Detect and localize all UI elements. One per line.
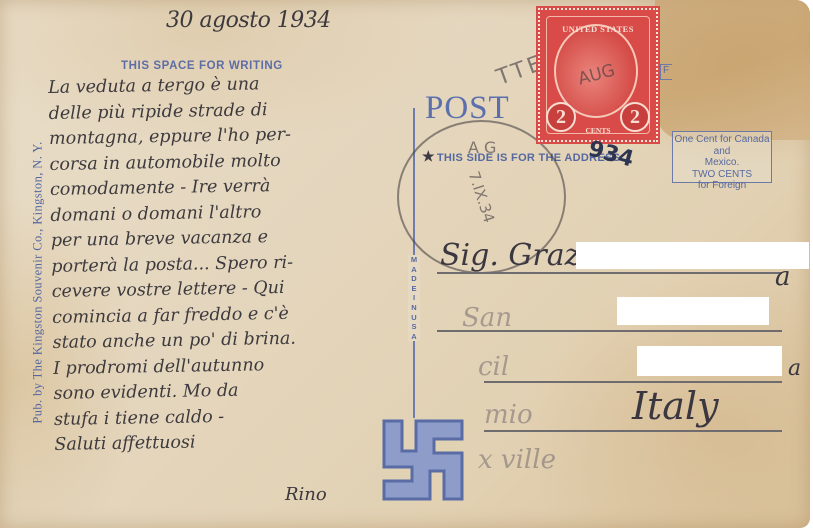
message-line: comodamente - Ire verrà xyxy=(50,174,294,204)
postage-rate-box: One Cent for Canada andMexico.TWO CENTSf… xyxy=(672,131,772,183)
made-in-usa-letter: M xyxy=(408,255,420,265)
message-line: cevere vostre lettere - Qui xyxy=(52,276,296,306)
made-in-usa-letter: I xyxy=(408,293,420,303)
pencil-note-3: mio xyxy=(484,400,533,430)
address-country: Italy xyxy=(632,384,719,428)
address-line3-tail: a xyxy=(788,356,801,381)
made-in-usa-label: MADEINUSA xyxy=(408,255,420,341)
made-in-usa-letter: D xyxy=(408,274,420,284)
pencil-note-4: x ville xyxy=(478,445,556,475)
writing-space-header: THIS SPACE FOR WRITING xyxy=(121,60,283,72)
redaction-bar-3 xyxy=(637,346,782,376)
address-line-3 xyxy=(484,381,782,383)
message-line: per una breve vacanza e xyxy=(51,225,295,255)
made-in-usa-letter: S xyxy=(408,322,420,332)
rate-box-corner: F xyxy=(660,64,672,80)
handwritten-message: La veduta a tergo è unadelle più ripide … xyxy=(48,72,298,459)
message-line: La veduta a tergo è una xyxy=(48,72,292,102)
signature: Rino xyxy=(285,484,327,505)
made-in-usa-letter: A xyxy=(408,332,420,342)
redaction-bar-1 xyxy=(576,242,809,269)
rate-box-line: for Foreign xyxy=(673,180,771,192)
pencil-note-2: cil xyxy=(478,352,509,382)
redaction-bar-2 xyxy=(617,297,769,325)
message-line: Saluti affettuosi xyxy=(54,429,298,459)
swastika-symbol-icon xyxy=(382,419,464,501)
handwritten-date: 30 agosto 1934 xyxy=(166,8,331,33)
publisher-imprint: Pub. by The Kingston Souvenir Co., Kings… xyxy=(31,93,46,473)
rate-box-line: One Cent for Canada and xyxy=(673,134,771,157)
pencil-note-1: San xyxy=(462,303,512,333)
made-in-usa-letter: A xyxy=(408,265,420,275)
rate-box-line: TWO CENTS xyxy=(673,169,771,181)
stamp-country: UNITED STATES xyxy=(540,24,656,34)
message-line: I prodromi dell'autunno xyxy=(53,352,297,382)
torn-paper-corner xyxy=(655,0,810,140)
rate-box-line: Mexico. xyxy=(673,157,771,169)
message-line: stato anche un po' di brina. xyxy=(52,327,296,357)
made-in-usa-letter: E xyxy=(408,284,420,294)
address-line-4 xyxy=(484,430,782,432)
message-line: montagna, eppure l'ho per- xyxy=(49,123,293,153)
made-in-usa-letter: U xyxy=(408,313,420,323)
stamp-cents: CENTS xyxy=(540,126,656,135)
postmark-letters: A G xyxy=(468,138,496,157)
made-in-usa-letter: N xyxy=(408,303,420,313)
